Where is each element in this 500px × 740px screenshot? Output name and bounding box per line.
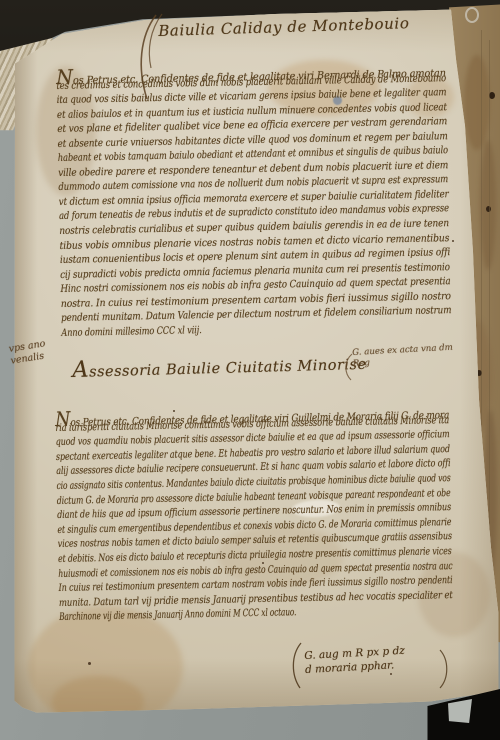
paragraph-2: Nos Petrus etc. Confidentes de fide et l… <box>55 400 455 627</box>
paragraph-1: Nos Petrus etc. Confidentes de fide et l… <box>56 58 453 342</box>
speck <box>88 662 91 665</box>
manuscript-photograph: Baiulia Caliday de Montebouio Nos Petrus… <box>0 0 500 740</box>
stain <box>52 676 144 728</box>
fore-edge-stain <box>480 140 496 270</box>
fore-edge-stain <box>464 55 490 150</box>
signature-note: G. aug m R px p dzd moraria pphar. <box>304 645 406 678</box>
flourish-bracket <box>288 641 304 691</box>
speck <box>452 240 454 242</box>
binding-clasp <box>462 6 482 24</box>
flourish-mark <box>436 648 452 690</box>
